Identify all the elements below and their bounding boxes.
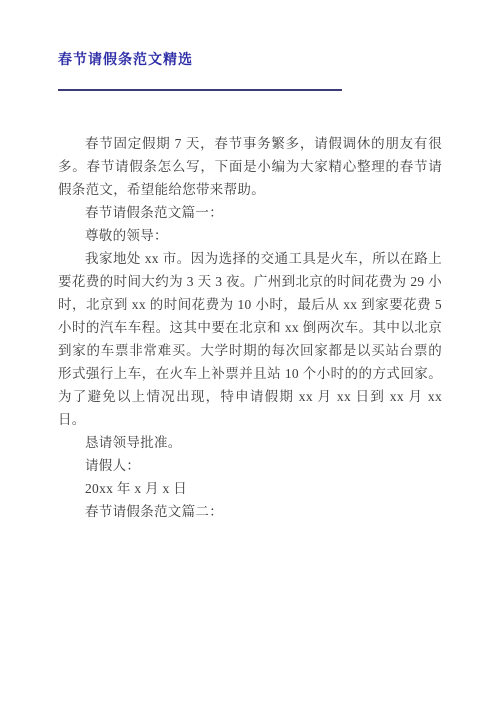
intro-paragraph: 春节固定假期 7 天，春节事务繁多，请假调休的朋友有很多。春节请假条怎么写，下面… (58, 132, 442, 201)
section-2-heading: 春节请假条范文篇二： (58, 500, 442, 523)
date-line: 20xx 年 x 月 x 日 (58, 477, 442, 500)
section-1-heading: 春节请假条范文篇一： (58, 201, 442, 224)
leave-request-body-paragraph: 我家地处 xx 市。因为选择的交通工具是火车，所以在路上要花费的时间大约为 3 … (58, 247, 442, 431)
page: { "document": { "title": "春节请假条范文精选", "p… (0, 0, 500, 708)
signature-label-line: 请假人： (58, 454, 442, 477)
document-page: 春节请假条范文精选 春节固定假期 7 天，春节事务繁多，请假调休的朋友有很多。春… (0, 0, 500, 708)
document-title: 春节请假条范文精选 (58, 52, 442, 70)
salutation-line: 尊敬的领导： (58, 224, 442, 247)
approval-request-line: 恳请领导批准。 (58, 431, 442, 454)
document-body: 春节固定假期 7 天，春节事务繁多，请假调休的朋友有很多。春节请假条怎么写，下面… (58, 132, 442, 523)
title-divider-rule (58, 89, 342, 91)
